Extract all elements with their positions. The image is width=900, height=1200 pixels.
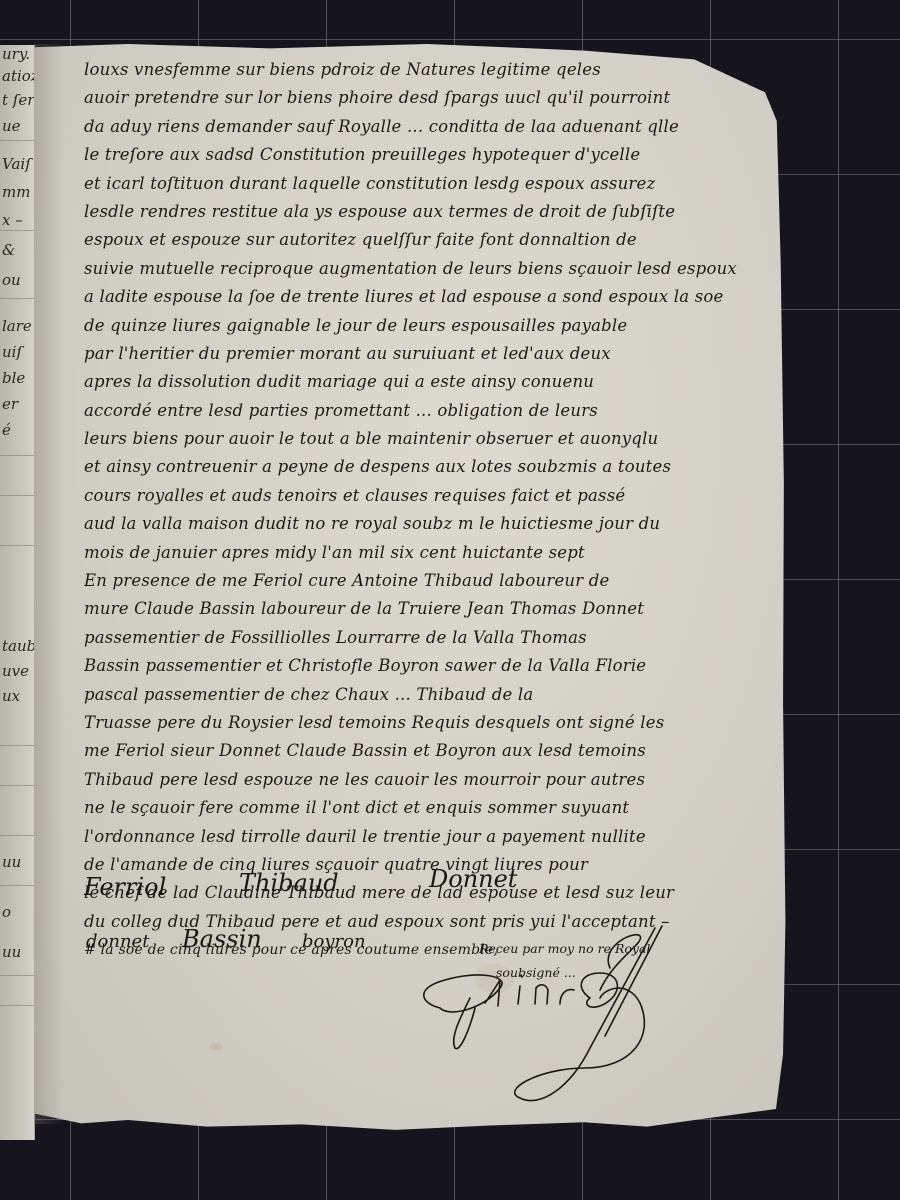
left-fragment: ux (2, 687, 20, 705)
text-line: aud la valla maison dudit no re royal so… (84, 510, 774, 538)
left-fragment: atioz (2, 67, 35, 85)
signature-ferriol: Ferriol (84, 873, 166, 901)
left-fragment: er (2, 395, 18, 413)
left-fragment: lare (2, 317, 32, 335)
text-line: Truasse pere du Roysier lesd temoins Req… (84, 709, 774, 737)
text-line: auoir pretendre sur lor biens phoire des… (84, 84, 774, 112)
left-fragment: uu (2, 853, 21, 871)
text-line: et ainsy contreuenir a peyne de despens … (84, 453, 774, 481)
text-line: Thibaud pere lesd espouze ne les cauoir … (84, 766, 774, 794)
text-line: louxs vnesfemme sur biens pdroiz de Natu… (84, 56, 774, 84)
left-fragment: ou (2, 271, 21, 289)
left-page-rule (0, 545, 34, 546)
text-line: me Feriol sieur Donnet Claude Bassin et … (84, 737, 774, 765)
left-page-rule (0, 140, 34, 141)
left-page-rule (0, 298, 34, 299)
text-line: mois de januier apres midy l'an mil six … (84, 539, 774, 567)
adjacent-page-edge: ury. – atioz t ſerus ue Vaiſ mm x – & ou… (0, 45, 35, 1140)
left-fragment: t ſerus (2, 91, 35, 109)
text-line: l'ordonnance lesd tirrolle dauril le tre… (84, 823, 774, 851)
left-fragment: uve (2, 662, 29, 680)
signature-donnet-2: donnet (86, 931, 149, 952)
text-line: suivie mutuelle reciproque augmentation … (84, 255, 774, 283)
left-fragment: Vaiſ (2, 155, 31, 173)
left-page-rule (0, 885, 34, 886)
left-page-rule (0, 1005, 34, 1006)
text-line: da aduy riens demander sauf Royalle ... … (84, 113, 774, 141)
left-fragment: ble (2, 369, 25, 387)
left-fragment: & (2, 241, 15, 259)
left-fragment: é (2, 421, 11, 439)
left-page-rule (0, 975, 34, 976)
manuscript-body: louxs vnesfemme sur biens pdroiz de Natu… (84, 56, 774, 965)
left-page-rule (0, 495, 34, 496)
signature-bassin: Bassin (182, 925, 262, 953)
text-line: Bassin passementier et Christofle Boyron… (84, 652, 774, 680)
text-line: espoux et espouze sur autoritez quelſſur… (84, 226, 774, 254)
text-line: En presence de me Feriol cure Antoine Th… (84, 567, 774, 595)
left-fragment: ue (2, 117, 21, 135)
text-line: lesdle rendres restitue ala ys espouse a… (84, 198, 774, 226)
text-line: a ladite espouse la ſoe de trente liures… (84, 283, 774, 311)
signature-donnet: Donnet (429, 865, 517, 893)
text-line: accordé entre lesd parties promettant ..… (84, 397, 774, 425)
signature-thibaud: Thibaud (239, 869, 339, 897)
left-fragment: o (2, 903, 11, 921)
text-line: passementier de Fossilliolles Lourrarre … (84, 624, 774, 652)
text-line: ne le sçauoir fere comme il l'ont dict e… (84, 794, 774, 822)
left-fragment: uiſ (2, 343, 22, 361)
left-page-rule (0, 745, 34, 746)
text-line: apres la dissolution dudit mariage qui a… (84, 368, 774, 396)
left-page-rule (0, 455, 34, 456)
left-page-rule (0, 835, 34, 836)
text-line: de quinze liures gaignable le jour de le… (84, 312, 774, 340)
left-fragment: ury. – (2, 45, 35, 63)
left-fragment: x – (2, 211, 23, 229)
notary-signature-paraph-icon: Pellier (with paraph flourish) (400, 918, 760, 1128)
text-line: par l'heritier du premier morant au suru… (84, 340, 774, 368)
left-fragment: uu (2, 943, 21, 961)
text-line: et icarl toſtituon durant laquelle const… (84, 170, 774, 198)
text-line: mure Claude Bassin laboureur de la Truie… (84, 595, 774, 623)
text-line: cours royalles et auds tenoirs et clause… (84, 482, 774, 510)
text-line: leurs biens pour auoir le tout a ble mai… (84, 425, 774, 453)
text-line: le treſore aux sadsd Constitution preuil… (84, 141, 774, 169)
left-page-rule (0, 230, 34, 231)
paper-stain (209, 1044, 223, 1050)
text-line: pascal passementier de chez Chaux ... Th… (84, 681, 774, 709)
left-page-rule (0, 785, 34, 786)
left-fragment: mm (2, 183, 30, 201)
signature-boyron: boyron (302, 931, 366, 952)
left-fragment: taub (2, 637, 35, 655)
